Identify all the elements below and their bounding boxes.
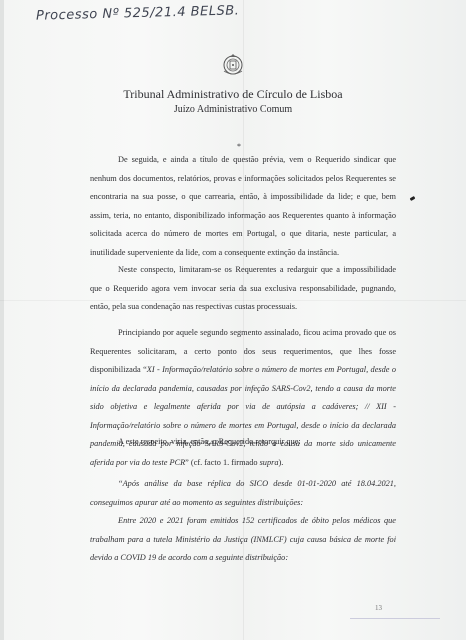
quoted-response: “Após análise da base réplica do SICO de…	[90, 463, 396, 568]
quote-part-2: Entre 2020 e 2021 foram emitidos 152 cer…	[90, 512, 396, 568]
court-division: Juízo Administrativo Comum	[0, 104, 466, 115]
paragraph-text: A este respeito, viria, então, o Requeri…	[90, 433, 396, 452]
footer-rule	[350, 618, 440, 619]
court-name: Tribunal Administrativo de Círculo de Li…	[0, 87, 466, 102]
page-number: 13	[375, 604, 382, 612]
handwritten-case-number: Processo Nº 525/21.4 BELSB.	[36, 3, 240, 23]
scanned-page: Processo Nº 525/21.4 BELSB. Tribunal Adm…	[0, 0, 466, 640]
ink-mark	[410, 196, 416, 201]
quote-part-1: “Após análise da base réplica do SICO de…	[90, 475, 396, 512]
section-separator: *	[237, 142, 241, 151]
paragraph-preliminary-question: De seguida, e ainda a título de questão …	[90, 151, 396, 262]
paragraph-text: Neste conspecto, limitaram-se os Requere…	[90, 261, 396, 317]
coat-of-arms-icon	[221, 53, 245, 77]
paragraph-requerentes-reply: Neste conspecto, limitaram-se os Requere…	[90, 261, 396, 317]
paragraph-requerido-response-intro: A este respeito, viria, então, o Requeri…	[90, 433, 396, 452]
paragraph-text: De seguida, e ainda a título de questão …	[90, 151, 396, 262]
